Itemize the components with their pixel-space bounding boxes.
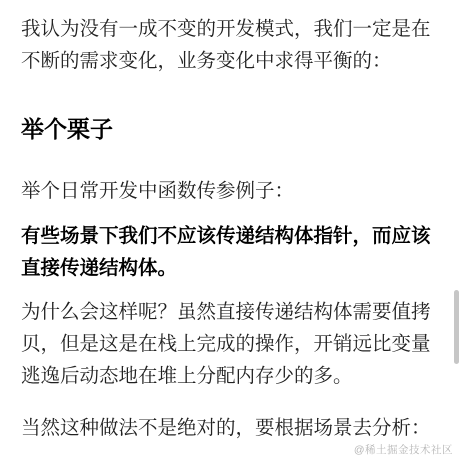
- article-content: 我认为没有一成不变的开发模式，我们一定是在不断的需求变化，业务变化中求得平衡的：…: [0, 0, 460, 460]
- paragraph-example-lead: 举个日常开发中函数传参例子：: [21, 175, 438, 207]
- paragraph-closing: 当然这种做法不是绝对的，要根据场景去分析：: [21, 412, 438, 444]
- paragraph-intro: 我认为没有一成不变的开发模式，我们一定是在不断的需求变化，业务变化中求得平衡的：: [21, 13, 438, 77]
- section-heading-example: 举个栗子: [21, 113, 438, 145]
- paragraph-explanation: 为什么会这样呢？虽然直接传递结构体需要值拷贝，但是这是在栈上完成的操作，开销远比…: [21, 296, 438, 392]
- paragraph-emphasis: 有些场景下我们不应该传递结构体指针，而应该直接传递结构体。: [21, 220, 438, 284]
- juejin-watermark: @稀土掘金技术社区: [354, 444, 453, 456]
- scrollbar-thumb[interactable]: [454, 290, 459, 364]
